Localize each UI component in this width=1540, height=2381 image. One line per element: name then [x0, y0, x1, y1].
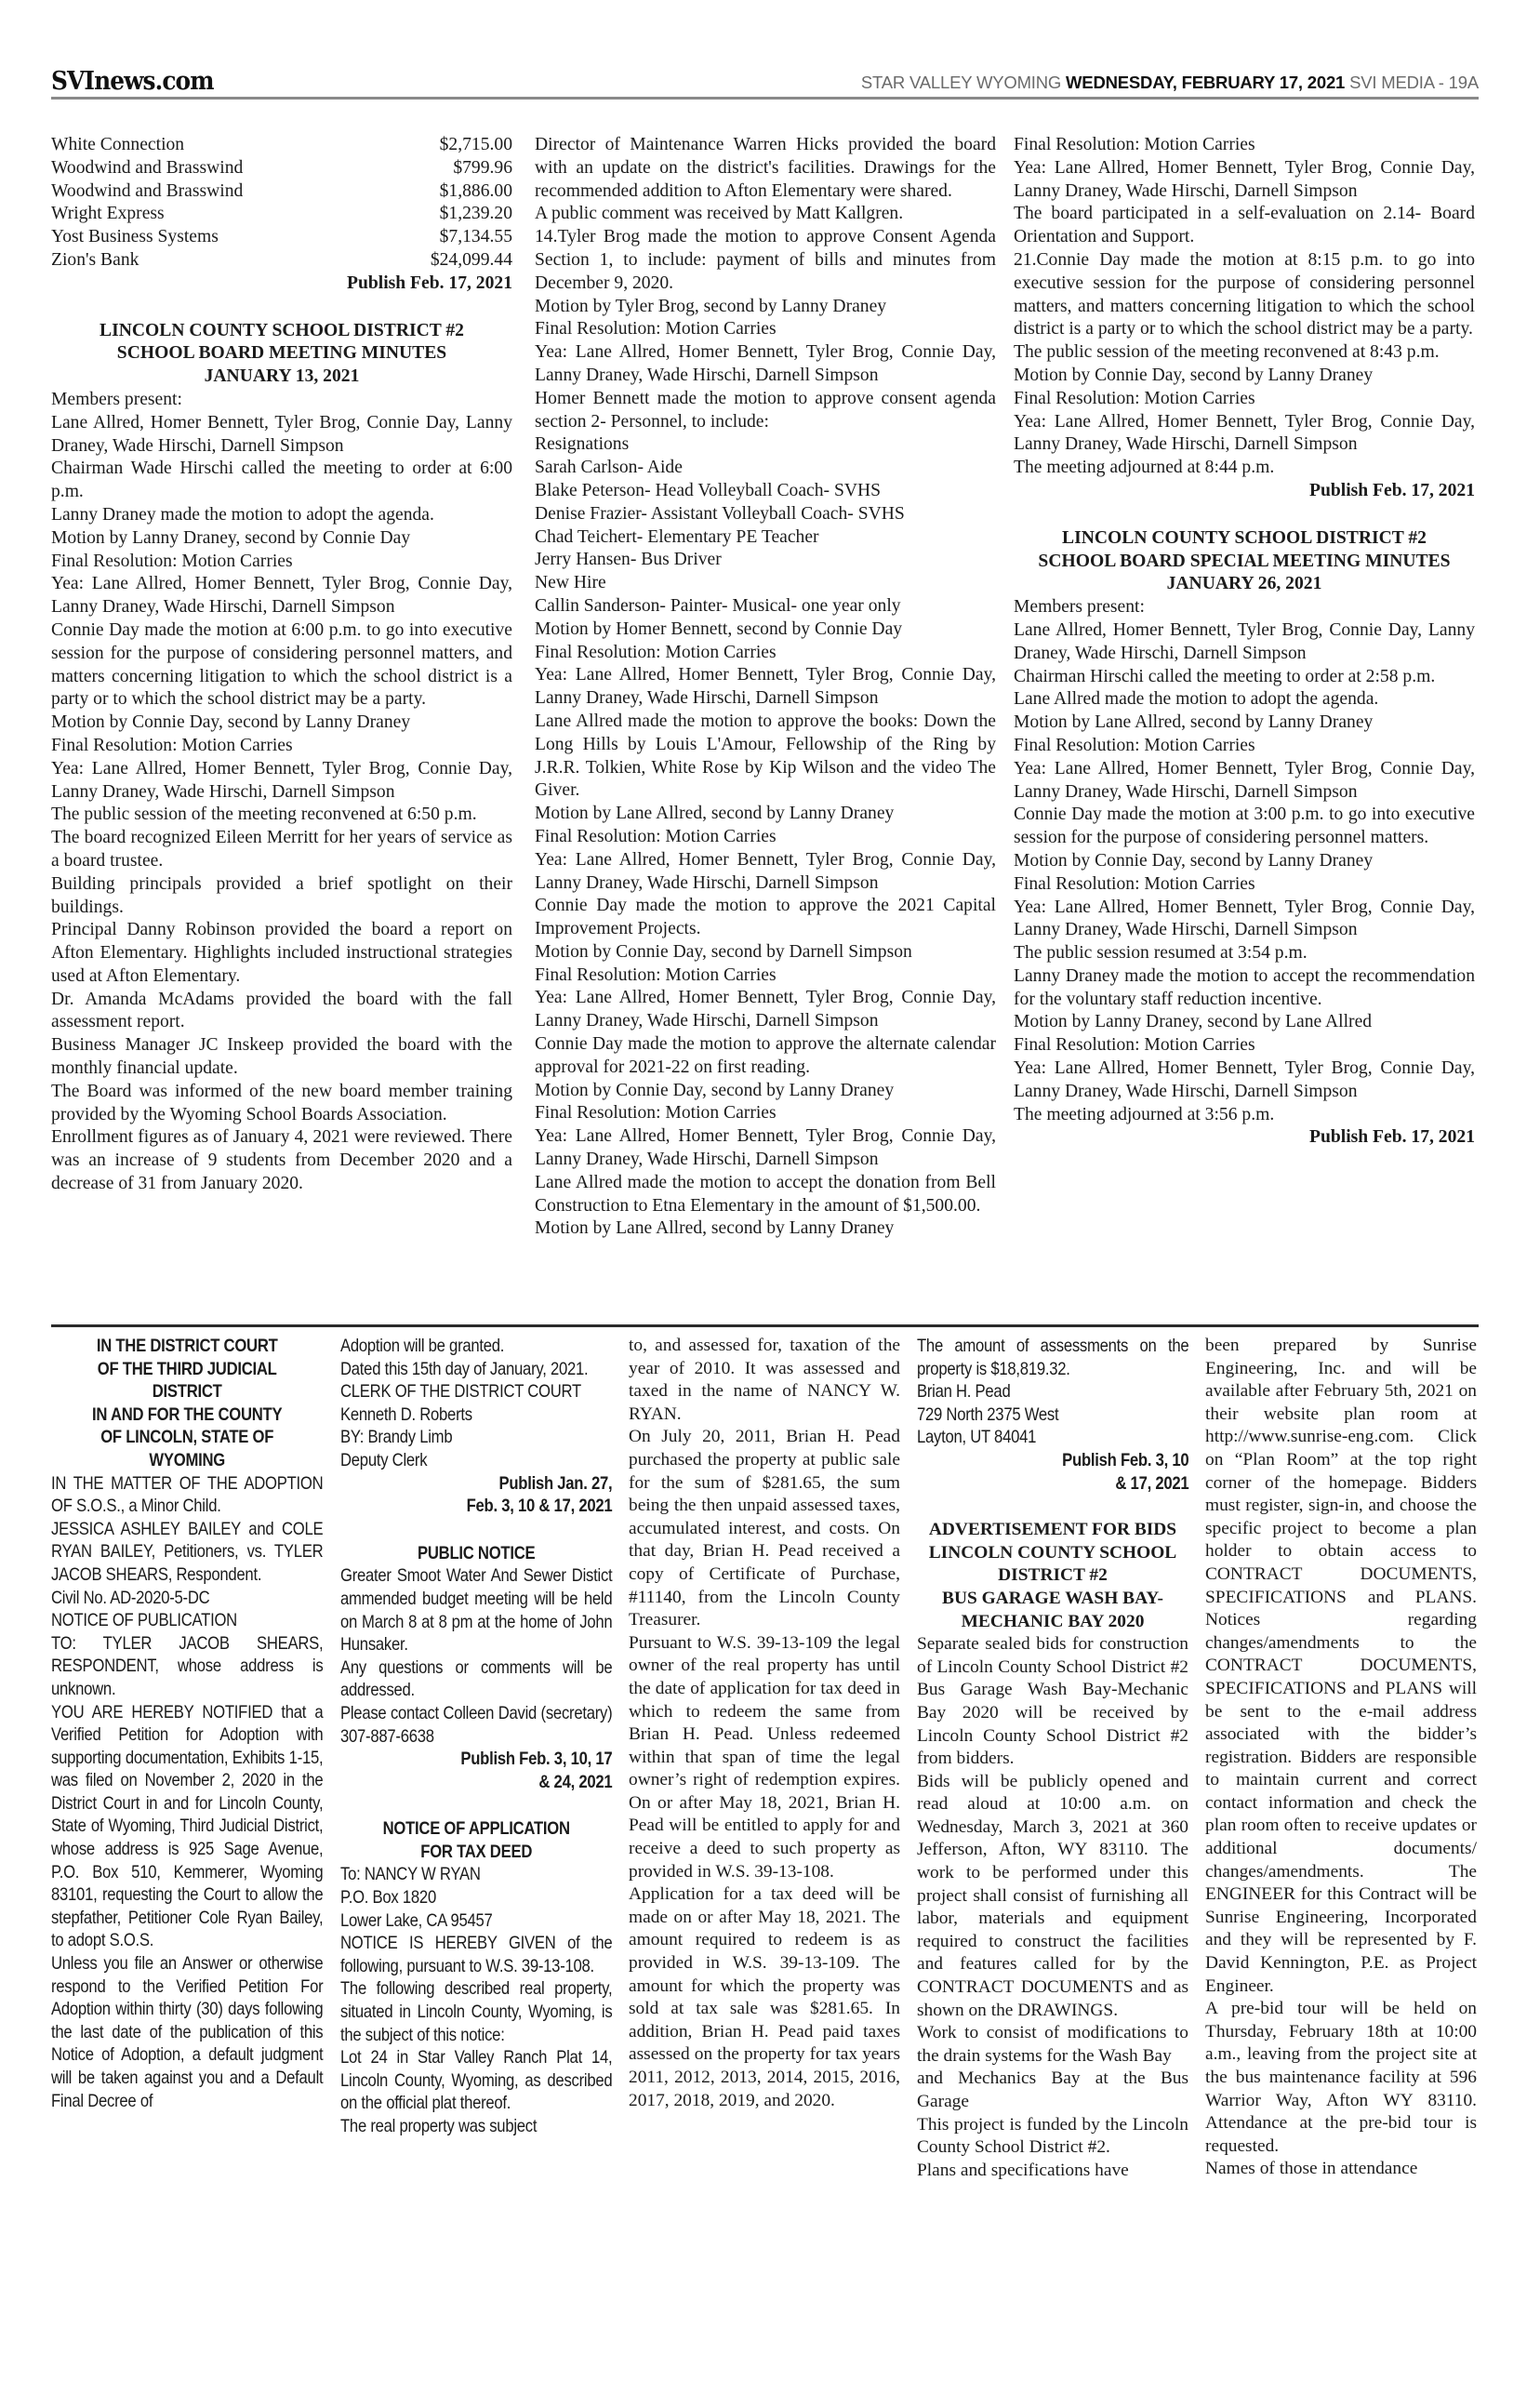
publish-date: Publish Jan. 27, — [340, 1472, 612, 1496]
paragraph: Deputy Clerk — [340, 1449, 612, 1472]
paragraph: The amount of assessments on the propert… — [917, 1335, 1188, 1380]
paragraph: Yea: Lane Allred, Homer Bennett, Tyler B… — [1014, 411, 1475, 458]
heading-line: BUS GARAGE WASH BAY- — [917, 1588, 1188, 1611]
paragraph: Resignations — [535, 433, 996, 457]
paragraph: Lane Allred, Homer Bennett, Tyler Brog, … — [51, 412, 512, 459]
paragraph: Director of Maintenance Warren Hicks pro… — [535, 134, 996, 203]
paragraph: and Mechanics Bay at the Bus Garage — [917, 2068, 1188, 2113]
paragraph: Blake Peterson- Head Volleyball Coach- S… — [535, 480, 996, 503]
paragraph: Yea: Lane Allred, Homer Bennett, Tyler B… — [535, 664, 996, 711]
paragraph: Layton, UT 84041 — [917, 1426, 1188, 1449]
paragraph: Brian H. Pead — [917, 1380, 1188, 1403]
bill-vendor: White Connection — [51, 134, 184, 157]
paragraph: Final Resolution: Motion Carries — [535, 964, 996, 988]
bill-vendor: Yost Business Systems — [51, 226, 219, 249]
paragraph: Connie Day made the motion to approve th… — [535, 895, 996, 941]
paragraph: Connie Day made the motion at 3:00 p.m. … — [1014, 804, 1475, 850]
publish-date: Publish Feb. 17, 2021 — [1014, 480, 1475, 503]
paragraph: To: NANCY W RYAN — [340, 1863, 612, 1886]
paragraph: Greater Smoot Water And Sewer Distict am… — [340, 1564, 612, 1656]
paragraph: The public session resumed at 3:54 p.m. — [1014, 942, 1475, 965]
paragraph: NOTICE IS HEREBY GIVEN of the following,… — [340, 1932, 612, 1977]
paragraph: Chairman Hirschi called the meeting to o… — [1014, 666, 1475, 689]
paragraph: Motion by Homer Bennett, second by Conni… — [535, 619, 996, 642]
paragraph: 21.Connie Day made the motion at 8:15 p.… — [1014, 249, 1475, 341]
paragraph: Final Resolution: Motion Carries — [1014, 134, 1475, 157]
paragraph: to, and assessed for, taxation of the ye… — [629, 1335, 900, 1426]
paragraph: Lane Allred made the motion to accept th… — [535, 1172, 996, 1218]
paragraph: 14.Tyler Brog made the motion to approve… — [535, 226, 996, 295]
paragraph: Chad Teichert- Elementary PE Teacher — [535, 526, 996, 550]
paragraph: Yea: Lane Allred, Homer Bennett, Tyler B… — [1014, 157, 1475, 204]
bill-vendor: Woodwind and Brasswind — [51, 180, 243, 204]
paragraph: Motion by Connie Day, second by Lanny Dr… — [535, 1080, 996, 1103]
paragraph: The public session of the meeting reconv… — [1014, 341, 1475, 365]
paragraph: Motion by Connie Day, second by Lanny Dr… — [1014, 850, 1475, 873]
heading-line: OF LINCOLN, STATE OF — [51, 1426, 323, 1449]
paragraph: The meeting adjourned at 3:56 p.m. — [1014, 1104, 1475, 1127]
paragraph: Yea: Lane Allred, Homer Bennett, Tyler B… — [1014, 758, 1475, 805]
heading-line: WYOMING — [51, 1449, 323, 1472]
paragraph: Members present: — [1014, 596, 1475, 619]
bills-list: White Connection$2,715.00 Woodwind and B… — [51, 134, 512, 296]
paragraph: Yea: Lane Allred, Homer Bennett, Tyler B… — [51, 573, 512, 619]
paragraph: Sarah Carlson- Aide — [535, 457, 996, 480]
section-divider-rule — [51, 1324, 1479, 1327]
paragraph: Lane Allred made the motion to approve t… — [535, 711, 996, 803]
column-top-2: Director of Maintenance Warren Hicks pro… — [535, 134, 996, 1241]
notice-heading: PUBLIC NOTICE — [340, 1542, 612, 1565]
paragraph: Names of those in attendance — [1205, 2158, 1477, 2181]
paragraph: Principal Danny Robinson provided the bo… — [51, 919, 512, 988]
paragraph: YOU ARE HEREBY NOTIFIED that a Verified … — [51, 1701, 323, 1953]
paragraph: Final Resolution: Motion Carries — [51, 551, 512, 574]
paragraph: Denise Frazier- Assistant Volleyball Coa… — [535, 503, 996, 526]
heading-line: LINCOLN COUNTY SCHOOL — [917, 1542, 1188, 1565]
paragraph: Application for a tax deed will be made … — [629, 1883, 900, 2112]
paragraph: The board recognized Eileen Merritt for … — [51, 827, 512, 873]
paragraph: The real property was subject — [340, 2115, 612, 2138]
bill-amount: $1,886.00 — [440, 180, 512, 204]
paragraph: Yea: Lane Allred, Homer Bennett, Tyler B… — [535, 341, 996, 388]
bill-row: Yost Business Systems$7,134.55 — [51, 226, 512, 249]
publish-date: Feb. 3, 10 & 17, 2021 — [340, 1495, 612, 1518]
paragraph: Final Resolution: Motion Carries — [51, 735, 512, 758]
heading-line: SCHOOL BOARD MEETING MINUTES — [51, 342, 512, 366]
heading-line: ADVERTISEMENT FOR BIDS — [917, 1519, 1188, 1542]
bill-amount: $7,134.55 — [440, 226, 512, 249]
publish-date: & 17, 2021 — [917, 1472, 1188, 1496]
paragraph: The following described real property, s… — [340, 1977, 612, 2046]
paragraph: A public comment was received by Matt Ka… — [535, 203, 996, 226]
bill-vendor: Wright Express — [51, 203, 165, 226]
paragraph: Yea: Lane Allred, Homer Bennett, Tyler B… — [1014, 1057, 1475, 1104]
heading-line: SCHOOL BOARD SPECIAL MEETING MINUTES — [1014, 551, 1475, 574]
paragraph: Final Resolution: Motion Carries — [1014, 388, 1475, 411]
heading-line: JANUARY 13, 2021 — [51, 366, 512, 389]
bill-row: White Connection$2,715.00 — [51, 134, 512, 157]
paragraph: Any questions or comments will be addres… — [340, 1656, 612, 1702]
bill-row: Wright Express$1,239.20 — [51, 203, 512, 226]
paragraph: Please contact Colleen David (secretary)… — [340, 1702, 612, 1748]
paragraph: Final Resolution: Motion Carries — [535, 642, 996, 665]
paragraph: Final Resolution: Motion Carries — [1014, 735, 1475, 758]
column-bottom-3: to, and assessed for, taxation of the ye… — [629, 1335, 900, 2112]
paragraph: TO: TYLER JACOB SHEARS, RESPONDENT, whos… — [51, 1632, 323, 1701]
paragraph: Callin Sanderson- Painter- Musical- one … — [535, 595, 996, 619]
paragraph: On July 20, 2011, Brian H. Pead purchase… — [629, 1426, 900, 1631]
bill-amount: $2,715.00 — [440, 134, 512, 157]
paragraph: Lane Allred, Homer Bennett, Tyler Brog, … — [1014, 619, 1475, 666]
heading-line: OF THE THIRD JUDICIAL — [51, 1358, 323, 1381]
paragraph: Yea: Lane Allred, Homer Bennett, Tyler B… — [1014, 897, 1475, 943]
paragraph: Lane Allred made the motion to adopt the… — [1014, 688, 1475, 712]
paragraph: Pursuant to W.S. 39-13-109 the legal own… — [629, 1632, 900, 1884]
paragraph: Connie Day made the motion to approve th… — [535, 1033, 996, 1080]
folio-location: STAR VALLEY WYOMING — [861, 73, 1061, 92]
paragraph: Yea: Lane Allred, Homer Bennett, Tyler B… — [535, 849, 996, 896]
folio-line: STAR VALLEY WYOMING WEDNESDAY, FEBRUARY … — [861, 73, 1479, 93]
heading-line: IN THE DISTRICT COURT — [51, 1335, 323, 1358]
notice-heading: NOTICE OF APPLICATION FOR TAX DEED — [340, 1817, 612, 1863]
paragraph: Business Manager JC Inskeep provided the… — [51, 1034, 512, 1081]
paragraph: Motion by Lane Allred, second by Lanny D… — [535, 803, 996, 826]
paragraph: New Hire — [535, 572, 996, 595]
heading-line: MECHANIC BAY 2020 — [917, 1611, 1188, 1634]
bill-amount: $799.96 — [453, 157, 512, 180]
paragraph: Yea: Lane Allred, Homer Bennett, Tyler B… — [51, 758, 512, 805]
paragraph: Lanny Draney made the motion to adopt th… — [51, 504, 512, 527]
paragraph: Final Resolution: Motion Carries — [535, 318, 996, 341]
paragraph: Motion by Connie Day, second by Darnell … — [535, 941, 996, 964]
bill-row: Woodwind and Brasswind$799.96 — [51, 157, 512, 180]
paragraph: The public session of the meeting reconv… — [51, 804, 512, 827]
heading-line: IN AND FOR THE COUNTY — [51, 1403, 323, 1427]
tax-deed-continuation: The amount of assessments on the propert… — [917, 1335, 1188, 1495]
bill-row: Woodwind and Brasswind$1,886.00 — [51, 180, 512, 204]
paragraph: Building principals provided a brief spo… — [51, 873, 512, 920]
bill-amount: $1,239.20 — [440, 203, 512, 226]
paragraph: Final Resolution: Motion Carries — [1014, 873, 1475, 897]
paragraph: Yea: Lane Allred, Homer Bennett, Tyler B… — [535, 987, 996, 1033]
paragraph: Motion by Lane Allred, second by Lanny D… — [535, 1217, 996, 1241]
paragraph: Final Resolution: Motion Carries — [1014, 1034, 1475, 1057]
paragraph: Separate sealed bids for construction of… — [917, 1633, 1188, 1771]
heading-line: NOTICE OF APPLICATION — [340, 1817, 612, 1841]
publish-date: Publish Feb. 17, 2021 — [1014, 1126, 1475, 1150]
paragraph: Dated this 15th day of January, 2021. — [340, 1358, 612, 1381]
folio-date: WEDNESDAY, FEBRUARY 17, 2021 — [1066, 73, 1345, 92]
site-name[interactable]: SVInews.com — [51, 67, 214, 96]
paragraph: The meeting adjourned at 8:44 p.m. — [1014, 457, 1475, 480]
paragraph: Civil No. AD-2020-5-DC — [51, 1587, 323, 1610]
paragraph: Connie Day made the motion at 6:00 p.m. … — [51, 619, 512, 712]
notice-heading: LINCOLN COUNTY SCHOOL DISTRICT #2 SCHOOL… — [51, 320, 512, 389]
paragraph: The board participated in a self-evaluat… — [1014, 203, 1475, 249]
paragraph: Lot 24 in Star Valley Ranch Plat 14, Lin… — [340, 2046, 612, 2115]
column-bottom-2: Adoption will be granted. Dated this 15t… — [340, 1335, 612, 2138]
bill-vendor: Zion's Bank — [51, 249, 139, 273]
paragraph: Enrollment figures as of January 4, 2021… — [51, 1126, 512, 1195]
bill-row: Zion's Bank$24,099.44 — [51, 249, 512, 273]
paragraph: Unless you file an Answer or otherwise r… — [51, 1952, 323, 2112]
publish-date: Publish Feb. 17, 2021 — [51, 273, 512, 296]
paragraph: Dr. Amanda McAdams provided the board wi… — [51, 989, 512, 1035]
paragraph: Motion by Connie Day, second by Lanny Dr… — [1014, 365, 1475, 388]
heading-line: DISTRICT — [51, 1380, 323, 1403]
publish-date: Publish Feb. 3, 10, 17 — [340, 1748, 612, 1771]
paragraph: Work to consist of modifications to the … — [917, 2022, 1188, 2068]
notice-heading: ADVERTISEMENT FOR BIDS LINCOLN COUNTY SC… — [917, 1519, 1188, 1633]
paragraph: The Board was informed of the new board … — [51, 1081, 512, 1127]
paragraph: BY: Brandy Limb — [340, 1426, 612, 1449]
paragraph: Motion by Lane Allred, second by Lanny D… — [1014, 712, 1475, 735]
minutes-jan13-body-1: Members present: Lane Allred, Homer Benn… — [51, 389, 512, 1196]
paragraph: JESSICA ASHLEY BAILEY and COLE RYAN BAIL… — [51, 1518, 323, 1587]
paragraph: Chairman Wade Hirschi called the meeting… — [51, 458, 512, 504]
paragraph: Bids will be publicly opened and read al… — [917, 1771, 1188, 2023]
column-top-1: White Connection$2,715.00 Woodwind and B… — [51, 134, 512, 1196]
paragraph: Kenneth D. Roberts — [340, 1403, 612, 1427]
heading-line: LINCOLN COUNTY SCHOOL DISTRICT #2 — [1014, 527, 1475, 551]
heading-line: FOR TAX DEED — [340, 1841, 612, 1864]
paragraph: been prepared by Sunrise Engineering, In… — [1205, 1335, 1477, 1998]
paragraph: Homer Bennett made the motion to approve… — [535, 388, 996, 434]
paragraph: Yea: Lane Allred, Homer Bennett, Tyler B… — [535, 1125, 996, 1172]
paragraph: This project is funded by the Lincoln Co… — [917, 2114, 1188, 2160]
paragraph: Motion by Tyler Brog, second by Lanny Dr… — [535, 296, 996, 319]
paragraph: NOTICE OF PUBLICATION — [51, 1609, 323, 1632]
paragraph: Adoption will be granted. — [340, 1335, 612, 1358]
masthead: SVInews.com STAR VALLEY WYOMING WEDNESDA… — [51, 67, 1479, 99]
paragraph: P.O. Box 1820 — [340, 1886, 612, 1909]
notice-heading: LINCOLN COUNTY SCHOOL DISTRICT #2 SCHOOL… — [1014, 527, 1475, 596]
paragraph: Final Resolution: Motion Carries — [535, 826, 996, 849]
paragraph: Jerry Hansen- Bus Driver — [535, 549, 996, 572]
paragraph: Lanny Draney made the motion to accept t… — [1014, 965, 1475, 1012]
column-bottom-5: been prepared by Sunrise Engineering, In… — [1205, 1335, 1477, 2181]
heading-line: DISTRICT #2 — [917, 1564, 1188, 1588]
column-bottom-1: IN THE DISTRICT COURT OF THE THIRD JUDIC… — [51, 1335, 323, 2112]
paragraph: Members present: — [51, 389, 512, 412]
bill-vendor: Woodwind and Brasswind — [51, 157, 243, 180]
column-top-3: Final Resolution: Motion Carries Yea: La… — [1014, 134, 1475, 1150]
paragraph: 729 North 2375 West — [917, 1403, 1188, 1427]
folio-page: SVI MEDIA - 19A — [1349, 73, 1479, 92]
heading-line: JANUARY 26, 2021 — [1014, 573, 1475, 596]
notice-heading: IN THE DISTRICT COURT OF THE THIRD JUDIC… — [51, 1335, 323, 1472]
publish-date: & 24, 2021 — [340, 1771, 612, 1794]
paragraph: Lower Lake, CA 95457 — [340, 1909, 612, 1933]
paragraph: CLERK OF THE DISTRICT COURT — [340, 1380, 612, 1403]
paragraph: Motion by Connie Day, second by Lanny Dr… — [51, 712, 512, 735]
masthead-rule — [51, 97, 1479, 100]
paragraph: Motion by Lanny Draney, second by Connie… — [51, 527, 512, 551]
paragraph: Final Resolution: Motion Carries — [535, 1102, 996, 1125]
paragraph: IN THE MATTER OF THE ADOPTION OF S.O.S.,… — [51, 1472, 323, 1518]
paragraph: Motion by Lanny Draney, second by Lane A… — [1014, 1011, 1475, 1034]
heading-line: LINCOLN COUNTY SCHOOL DISTRICT #2 — [51, 320, 512, 343]
paragraph: A pre-bid tour will be held on Thursday,… — [1205, 1998, 1477, 2158]
bill-amount: $24,099.44 — [431, 249, 512, 273]
column-bottom-4: The amount of assessments on the propert… — [917, 1335, 1188, 2182]
publish-date: Publish Feb. 3, 10 — [917, 1449, 1188, 1472]
paragraph: Plans and specifications have — [917, 2160, 1188, 2183]
